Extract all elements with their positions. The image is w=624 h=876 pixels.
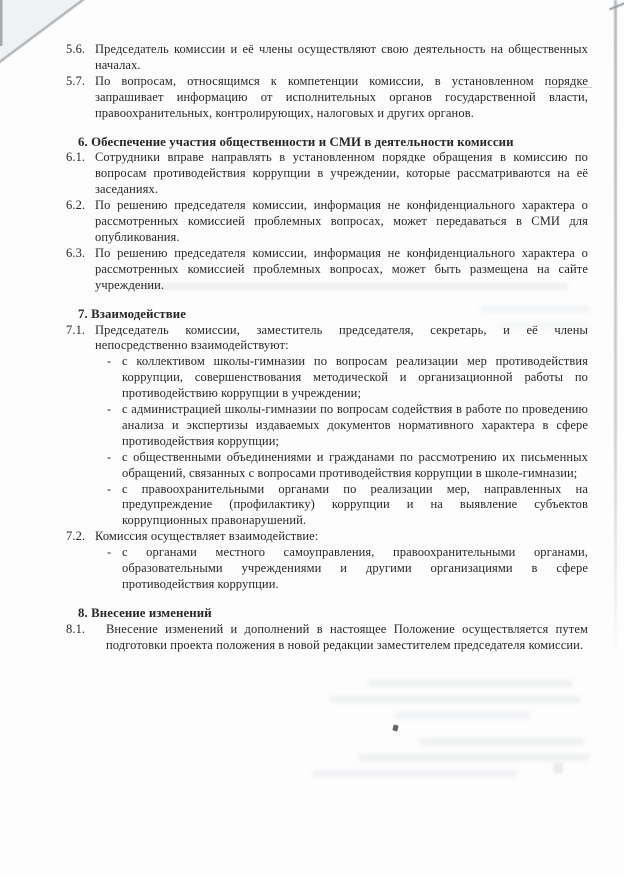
paragraph-text: По решению председателя комиссии, информ… <box>95 246 588 292</box>
bleedthrough-artifact <box>368 680 573 687</box>
paragraph-text: Комиссия осуществляет взаимодействие: <box>95 529 318 543</box>
bleedthrough-artifact <box>420 738 585 745</box>
numbered-paragraph: 7.1.Председатель комиссии, заместитель п… <box>66 323 588 355</box>
paragraph-number: 6.3. <box>66 246 85 262</box>
numbered-paragraph: 6.1.Сотрудники вправе направлять в устан… <box>66 150 588 198</box>
dash-list-item: с органами местного самоуправления, прав… <box>66 545 588 593</box>
paragraph-number: 6.2. <box>66 198 85 214</box>
paragraph-number: 5.7. <box>66 74 85 90</box>
paragraph-number: 6.1. <box>66 150 85 166</box>
paragraph-text: Председатель комиссии, заместитель предс… <box>95 323 588 353</box>
paragraph-number: 8.1. <box>66 622 85 638</box>
bleedthrough-artifact <box>312 770 517 777</box>
paragraph-number: 7.1. <box>66 323 85 339</box>
section-heading: 7. Взаимодействие <box>78 307 588 323</box>
dash-list-item: с администрацией школы-гимназии по вопро… <box>66 402 588 450</box>
paragraph-text: По вопросам, относящимся к компетенции к… <box>95 74 588 120</box>
numbered-paragraph: 6.3.По решению председателя комиссии, ин… <box>66 246 588 294</box>
section-heading: 8. Внесение изменений <box>78 606 588 622</box>
paragraph-number: 7.2. <box>66 529 85 545</box>
dash-list-item: с коллективом школы-гимназии по вопросам… <box>66 354 588 402</box>
numbered-paragraph: 5.6.Председатель комиссии и её члены осу… <box>66 42 588 74</box>
numbered-paragraph: 5.7.По вопросам, относящимся к компетенц… <box>66 74 588 122</box>
bleedthrough-artifact <box>358 754 590 761</box>
paragraph-text: Председатель комиссии и её члены осущест… <box>95 42 588 72</box>
dash-list-item: с правоохранительными органами по реализ… <box>66 482 588 530</box>
paragraph-number: 5.6. <box>66 42 85 58</box>
page-edge-shadow <box>614 0 617 660</box>
ink-speck-artifact <box>392 724 398 731</box>
paragraph-text: По решению председателя комиссии, информ… <box>95 198 588 244</box>
section-heading: 6. Обеспечение участия общественности и … <box>78 135 588 151</box>
bleedthrough-artifact <box>553 762 563 774</box>
numbered-paragraph: 8.1.Внесение изменений и дополнений в на… <box>66 622 588 654</box>
document-body: 5.6.Председатель комиссии и её члены осу… <box>66 42 588 654</box>
dash-list-item: с общественными объединениями и граждана… <box>66 450 588 482</box>
paragraph-text: Сотрудники вправе направлять в установле… <box>95 150 588 196</box>
numbered-paragraph: 7.2.Комиссия осуществляет взаимодействие… <box>66 529 588 545</box>
numbered-paragraph: 6.2.По решению председателя комиссии, ин… <box>66 198 588 246</box>
scanned-document-page: 5.6.Председатель комиссии и её члены осу… <box>0 0 624 876</box>
paragraph-text: Внесение изменений и дополнений в настоя… <box>106 622 588 652</box>
bleedthrough-artifact <box>330 696 580 703</box>
bleedthrough-artifact <box>395 712 530 719</box>
